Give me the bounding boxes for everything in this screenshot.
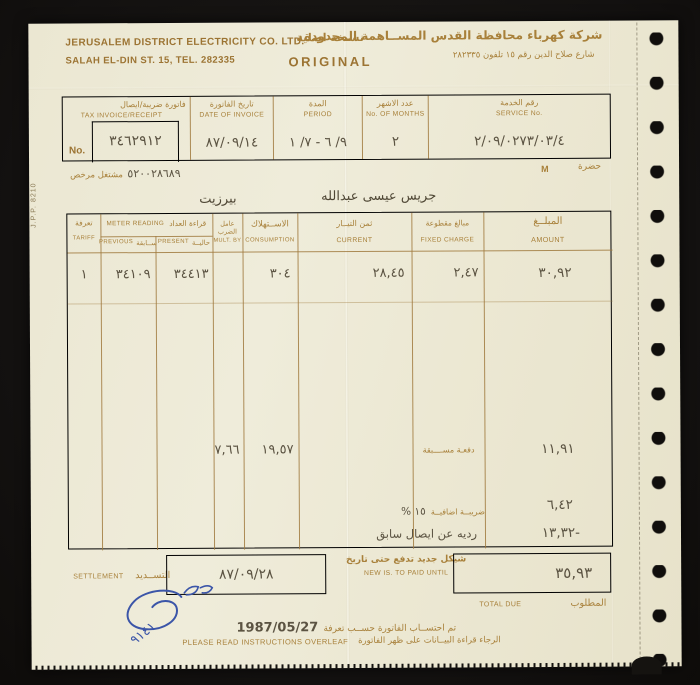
r1-fixed: ٢,٤٧ bbox=[412, 265, 479, 280]
r3-amount: ٦,٤٢ bbox=[485, 497, 593, 514]
r2-balance-a: ٧,٦٦ bbox=[187, 443, 240, 458]
tariff-note-ar: تم احتســاب الفاتورة حســب تعرفة bbox=[323, 623, 456, 634]
punch-holes bbox=[640, 32, 675, 672]
additional-tax-rate: % ١٥ bbox=[401, 506, 426, 518]
tariff-header-en: TARIFF bbox=[67, 235, 100, 241]
period-value: ٩/ ٦ - ٧/ ١ bbox=[274, 135, 362, 150]
meter-reading-header: METER READING قراءة العداد bbox=[100, 219, 212, 229]
consumption-header-ar: الاســتهلاك bbox=[242, 219, 297, 229]
r2-label-advance-payment: دفعـة مســــبقة bbox=[413, 445, 485, 454]
months-label-ar: عدد الاشهر bbox=[363, 99, 428, 108]
copy-type-original: ORIGINAL bbox=[288, 54, 372, 69]
r1-tariff: ١ bbox=[68, 267, 101, 282]
r4-amount: ١٣,٣٢- bbox=[485, 525, 593, 542]
column-line bbox=[411, 213, 414, 549]
header-divider bbox=[68, 250, 613, 254]
previous-ar: ســابقة bbox=[136, 239, 157, 247]
r2-amount: ١١,٩١ bbox=[485, 441, 593, 458]
company-address-en: SALAH EL-DIN ST. 15, TEL. 282335 bbox=[65, 55, 235, 67]
column-line bbox=[155, 236, 158, 550]
r2-balance-b: ١٩,٥٧ bbox=[237, 442, 294, 457]
tax-invoice-label-ar: فاتورة ضريبة/ايصال bbox=[120, 100, 186, 109]
fixed-header-ar: مبالغ مقطوعة bbox=[411, 218, 483, 227]
months-label-en: No. OF MONTHS bbox=[363, 111, 428, 118]
period-label-en: PERIOD bbox=[274, 111, 362, 118]
customer-name: جريس عيسى عبدالله bbox=[321, 189, 436, 205]
amount-header-en: AMOUNT bbox=[483, 235, 612, 245]
fold-crease-horizontal bbox=[29, 84, 679, 89]
additional-tax-label: ضريبــة اضافيــة bbox=[431, 507, 485, 516]
torn-notch bbox=[632, 656, 662, 674]
previous-header: PREVIOUS ســابقة bbox=[100, 239, 155, 247]
no-label: No. bbox=[69, 145, 85, 156]
cell-service-no: رقم الخدمة SERVICE No. ٢/٠٩/٠٢٧٣/٠٣/٤ bbox=[428, 95, 610, 159]
r4-label-refund: رديه عن ايصال سابق bbox=[334, 526, 477, 541]
invoice-info-table: فاتورة ضريبة/ايصال TAX INVOICE/RECEIPT N… bbox=[62, 94, 611, 162]
mult-header-en: MULT. BY bbox=[212, 238, 242, 244]
cell-tax-invoice: فاتورة ضريبة/ايصال TAX INVOICE/RECEIPT N… bbox=[63, 97, 190, 161]
tariff-calculation-note: تم احتســاب الفاتورة حســب تعرفة 1987/05… bbox=[236, 615, 481, 635]
fixed-header-en: FIXED CHARGE bbox=[411, 236, 483, 243]
signature-loop bbox=[127, 591, 181, 630]
date-label-en: DATE OF INVOICE bbox=[191, 111, 273, 118]
company-name-en: JERUSALEM DISTRICT ELECTRICITY CO. LTD. bbox=[65, 36, 304, 48]
date-label-ar: تاريخ الفاتورة bbox=[191, 99, 273, 108]
date-value: ٨٧/٠٩/١٤ bbox=[191, 134, 273, 150]
r1-consumption: ٣٠٤ bbox=[243, 266, 291, 281]
mult-header-ar: عامل الضرب bbox=[212, 220, 242, 236]
service-value: ٢/٠٩/٠٢٧٣/٠٣/٤ bbox=[429, 133, 610, 150]
m-label: M bbox=[541, 164, 549, 174]
r1-current: ٢٨,٤٥ bbox=[298, 266, 405, 282]
service-label-en: SERVICE No. bbox=[429, 110, 610, 118]
meter-reading-ar: قراءة العداد bbox=[169, 219, 206, 228]
column-line bbox=[242, 214, 245, 550]
total-due-label-en: TOTAL DUE bbox=[479, 601, 521, 608]
cell-date-of-invoice: تاريخ الفاتورة DATE OF INVOICE ٨٧/٠٩/١٤ bbox=[190, 96, 273, 159]
column-line bbox=[100, 214, 103, 550]
total-due-box: ٣٥,٩٣ bbox=[453, 553, 611, 594]
licensed-dealer-label: مشتغل مرخص bbox=[70, 170, 123, 180]
total-due-label-ar: المطلوب bbox=[546, 598, 606, 609]
customer-town: بيرزيت bbox=[199, 192, 236, 207]
r1-amount: ٣٠,٩٢ bbox=[484, 265, 592, 282]
company-address-ar: شارع صلاح الدين رقم ١٥ تلفون ٢٨٢٣٣٥ bbox=[453, 50, 595, 61]
handwritten-number: ٩١٤١ bbox=[128, 619, 159, 648]
period-label-ar: المدة bbox=[274, 99, 362, 108]
present-header: PRESENT حاليــة bbox=[155, 239, 212, 247]
cell-period: المدة PERIOD ٩/ ٦ - ٧/ ١ bbox=[273, 96, 362, 159]
invoice-number: ٣٤٦٢٩١٢ bbox=[93, 133, 178, 149]
r3-label-additional-tax: ضريبــة اضافيــة % ١٥ bbox=[399, 499, 485, 518]
licensed-dealer-number: ٥٢٠٠٢٨٦٨٩ bbox=[127, 167, 180, 180]
months-value: ٢ bbox=[363, 134, 428, 150]
company-name-ar: شركة كهرباء محافظة القدس المســاهمة المح… bbox=[297, 28, 603, 44]
scanned-electricity-bill: { "colors": { "paper": "#ece8d4", "print… bbox=[0, 0, 700, 685]
invoice-number-box: ٣٤٦٢٩١٢ bbox=[92, 121, 179, 162]
column-line bbox=[212, 214, 215, 550]
cell-months: عدد الاشهر No. OF MONTHS ٢ bbox=[362, 96, 428, 159]
consumption-header-en: CONSUMPTION bbox=[242, 237, 297, 243]
read-overleaf-ar: الرجاء قراءة البيــانات على ظهر الفاتورة bbox=[358, 635, 501, 646]
tax-invoice-label-en: TAX INVOICE/RECEIPT bbox=[81, 112, 163, 119]
signature-flourish bbox=[184, 586, 212, 595]
licensed-dealer-line: ٥٢٠٠٢٨٦٨٩ مشتغل مرخص bbox=[66, 164, 181, 183]
present-ar: حاليــة bbox=[192, 239, 210, 247]
handwritten-signature: ٩١٤١ bbox=[86, 574, 266, 665]
service-label-ar: رقم الخدمة bbox=[429, 98, 610, 108]
invoice-paper: JERUSALEM DISTRICT ELECTRICITY CO. LTD. … bbox=[28, 20, 681, 669]
form-code: J.P.P. 8210 bbox=[30, 182, 37, 227]
current-header-ar: ثمن التيــار bbox=[297, 219, 411, 229]
amount-header-ar: المبلــغ bbox=[483, 216, 612, 228]
total-due-value: ٣٥,٩٣ bbox=[454, 564, 592, 583]
salutation: حضرة bbox=[578, 162, 601, 172]
meter-reading-en: METER READING bbox=[106, 220, 164, 227]
consumption-table: تعرفة TARIFF METER READING قراءة العداد … bbox=[66, 211, 613, 550]
row-divider bbox=[68, 301, 613, 305]
current-header-en: CURRENT bbox=[297, 237, 411, 245]
r1-previous: ٣٤١٠٩ bbox=[101, 267, 151, 282]
tariff-header-ar: تعرفة bbox=[67, 218, 100, 227]
column-line bbox=[297, 213, 300, 549]
present-en: PRESENT bbox=[158, 239, 189, 247]
previous-en: PREVIOUS bbox=[99, 239, 133, 247]
r1-present: ٣٤٤١٣ bbox=[156, 267, 209, 282]
